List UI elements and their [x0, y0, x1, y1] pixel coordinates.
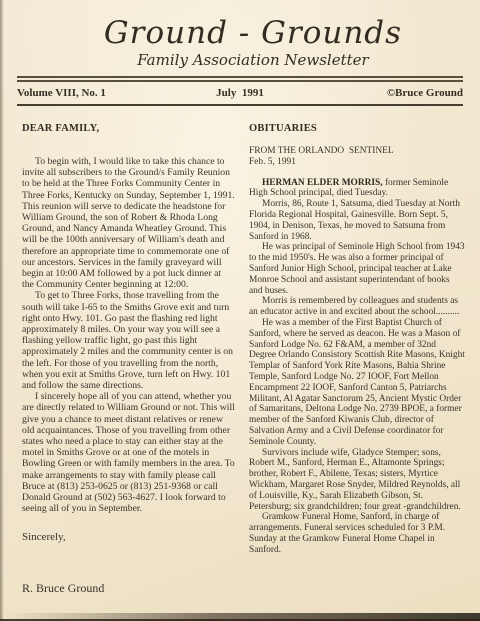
obituaries-heading: OBITUARIES — [249, 123, 465, 135]
volume-number: Volume VIII, No. 1 — [17, 87, 166, 100]
obituary-paragraph-6: Gramkow Funeral Home, Sanford, in charge… — [249, 512, 465, 555]
obituary-paragraph-4: He was a member of the First Baptist Chu… — [249, 318, 465, 448]
letter-paragraph-3: I sincerely hope all of you can attend, … — [22, 391, 235, 514]
letter-closing: Sincerely, — [22, 532, 235, 543]
masthead-double-rule — [17, 76, 463, 82]
obituary-source: FROM THE ORLANDO SENTINEL — [249, 146, 465, 157]
letter-paragraph-1: To begin with, I would like to take this… — [22, 156, 235, 290]
letter-heading: DEAR FAMILY, — [22, 123, 235, 135]
copyright-notice: ©Bruce Ground — [314, 87, 463, 100]
page-bottom-edge-shadow — [0, 613, 480, 621]
obituary-paragraph-1: Morris, 86, Route 1, Satsuma, died Tuesd… — [249, 199, 465, 242]
newsletter-body: DEAR FAMILY, To begin with, I would like… — [0, 106, 480, 594]
letter-column: DEAR FAMILY, To begin with, I would like… — [22, 123, 235, 594]
masthead: Ground - Grounds Family Association News… — [0, 0, 480, 69]
issue-date: July 1991 — [166, 87, 315, 100]
obituary-paragraph-5: Survivors include wife, Gladyce Stemper;… — [249, 448, 465, 513]
newsletter-page: Ground - Grounds Family Association News… — [0, 0, 480, 621]
obituaries-column: OBITUARIES FROM THE ORLANDO SENTINEL Feb… — [249, 123, 465, 594]
issue-info-row: Volume VIII, No. 1 July 1991 ©Bruce Grou… — [17, 87, 463, 100]
obituary-source-date: Feb. 5, 1991 — [249, 157, 465, 168]
letter-paragraph-2: To get to Three Forks, those travelling … — [22, 290, 235, 391]
obituary-paragraph-3: Morris is remembered by colleagues and s… — [249, 296, 465, 318]
obituary-deceased-name: HERMAN ELDER MORRIS, — [262, 178, 383, 188]
letter-signature: R. Bruce Ground — [22, 583, 235, 594]
newsletter-title: Ground - Grounds — [26, 16, 480, 50]
newsletter-subtitle: Family Association Newsletter — [26, 52, 480, 69]
obituary-paragraph-2: He was principal of Seminole High School… — [249, 242, 465, 296]
obituary-lead-paragraph: HERMAN ELDER MORRIS, former Seminole Hig… — [249, 178, 465, 200]
